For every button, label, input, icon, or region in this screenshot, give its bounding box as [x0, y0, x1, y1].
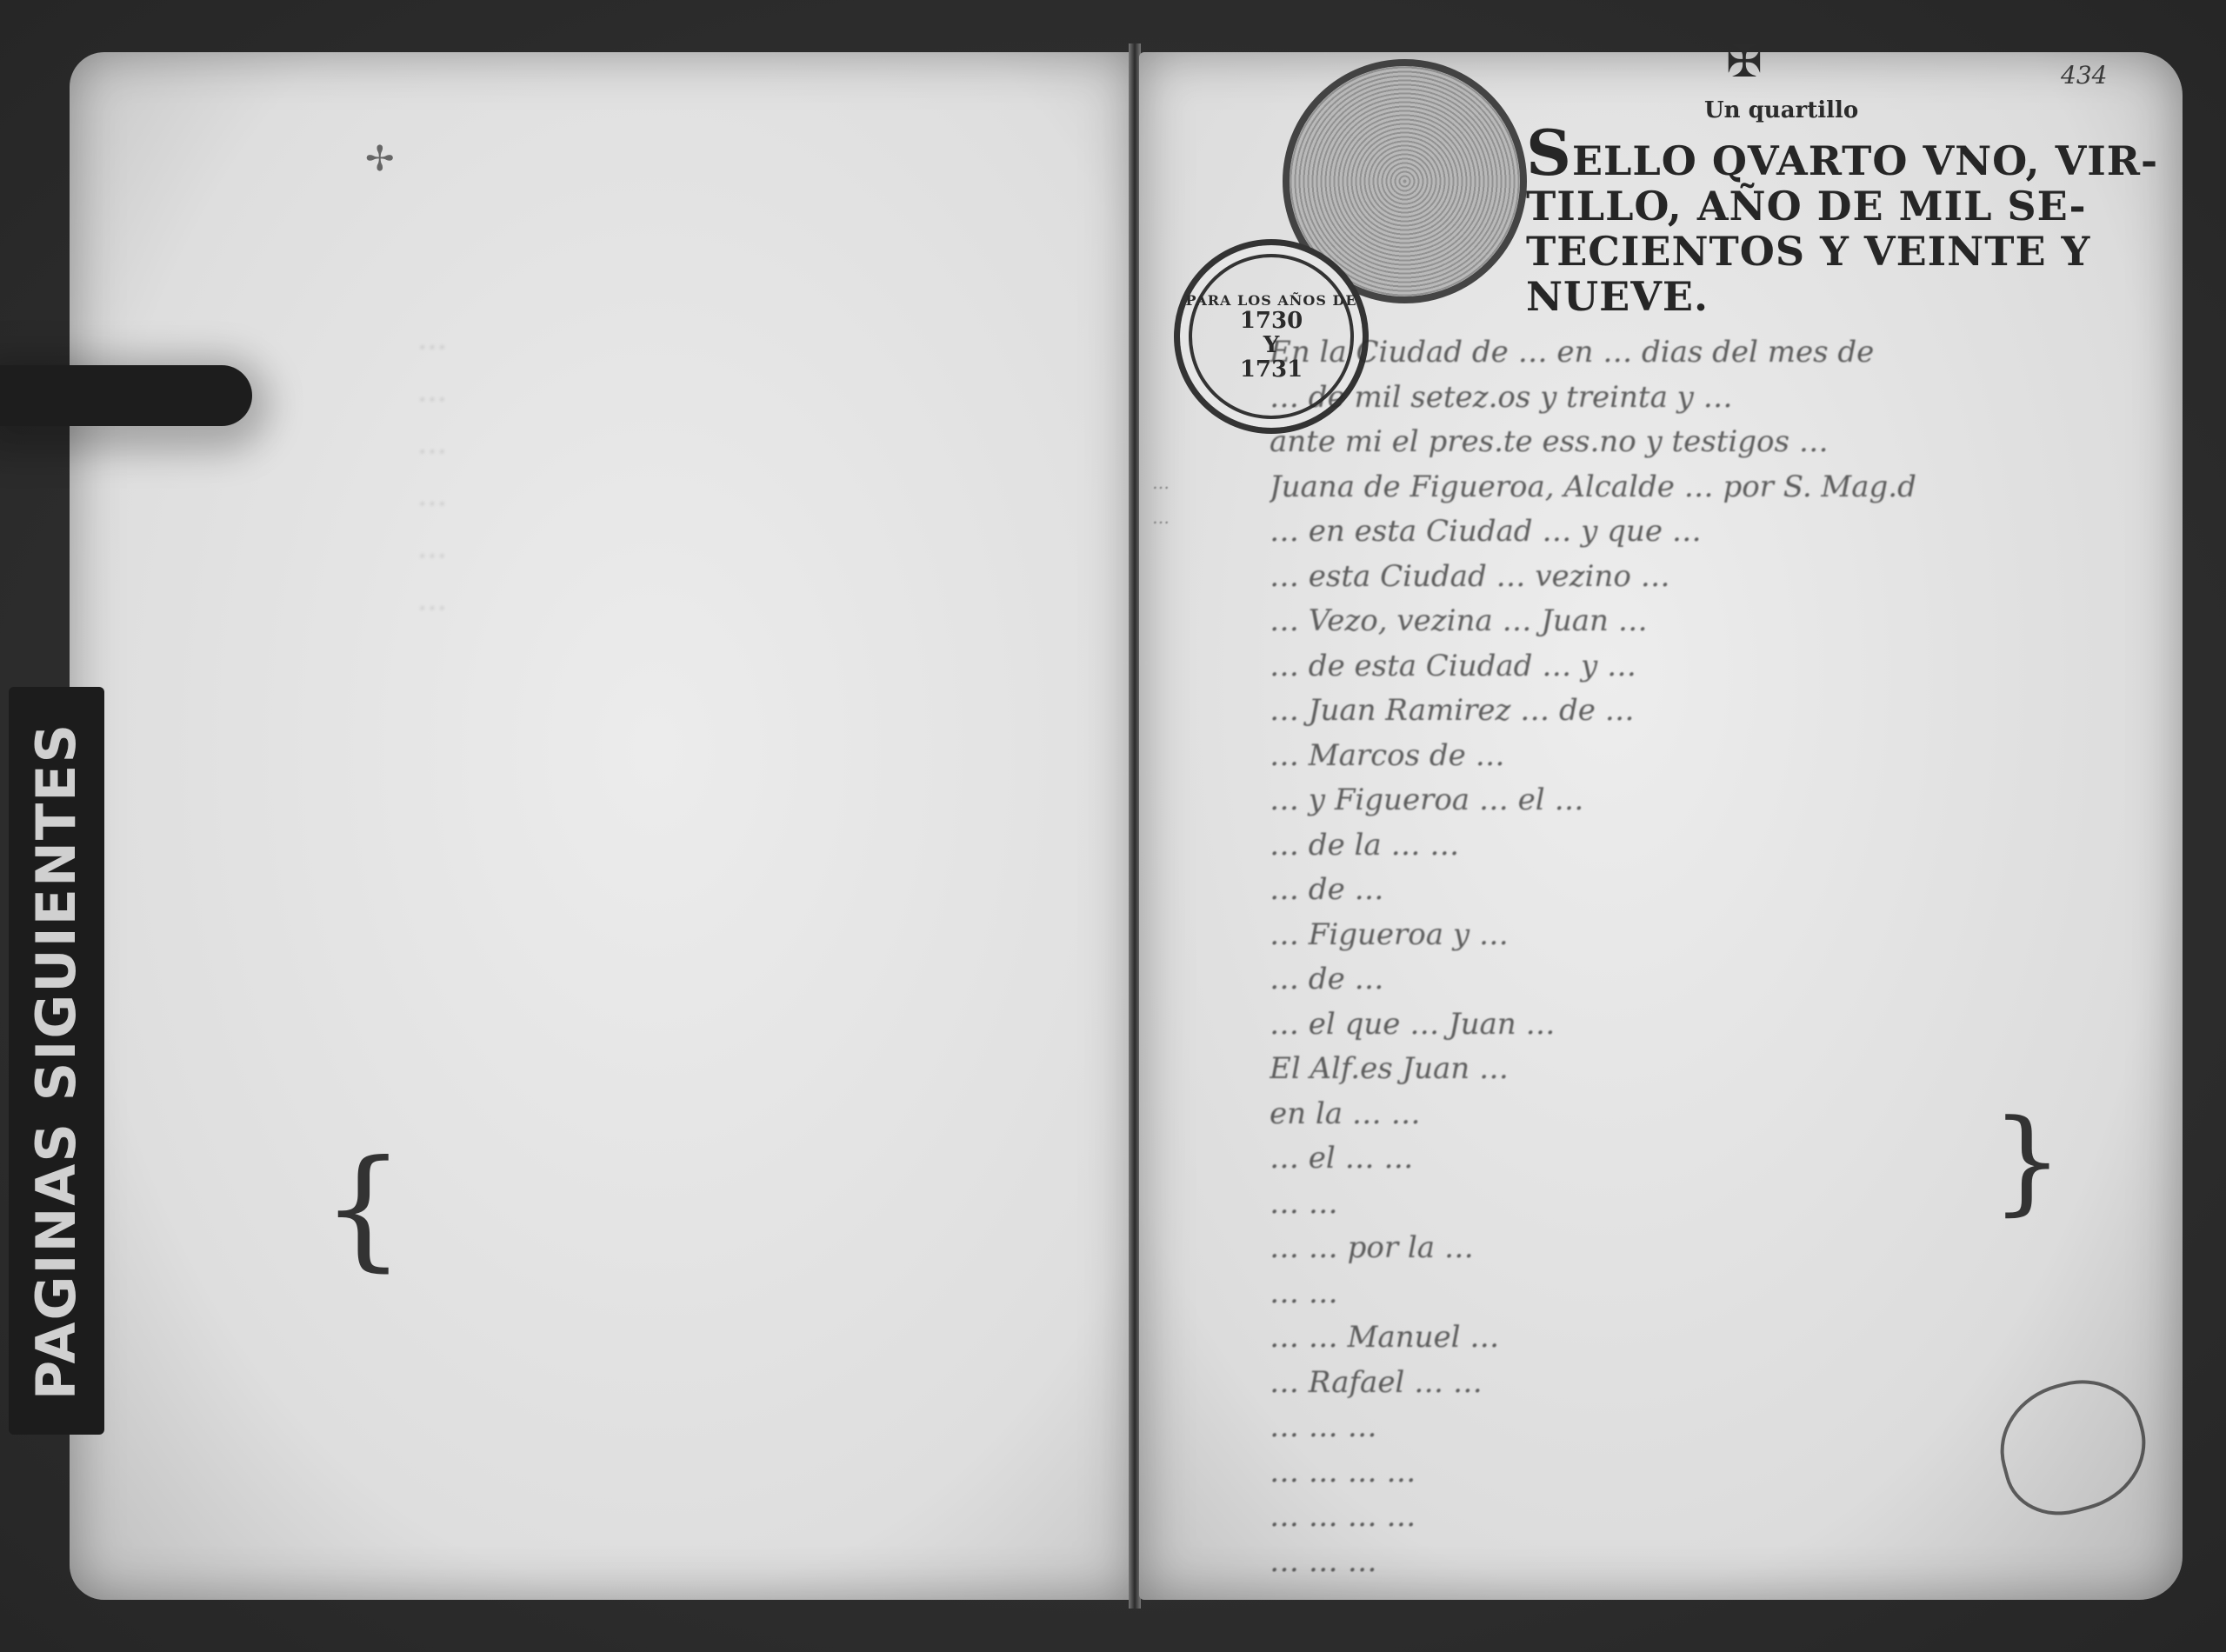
manuscript-line: … … — [1270, 1271, 2139, 1316]
manuscript-line: Juana de Figueroa, Alcalde … por S. Mag.… — [1270, 465, 2139, 510]
manuscript-line: … el que … Juan … — [1270, 1003, 2139, 1048]
manuscript-line: … de mil setez.os y treinta y … — [1270, 376, 2139, 421]
manuscript-line: … Juan Ramirez … de … — [1270, 689, 2139, 734]
page-clip — [0, 365, 252, 426]
manuscript-line: … en esta Ciudad … y que … — [1270, 510, 2139, 555]
manuscript-line: … de la … … — [1270, 823, 2139, 869]
seal-year-1: 1730 — [1240, 309, 1303, 333]
manuscript-line: … Vezo, vezina … Juan … — [1270, 599, 2139, 644]
manuscript-line: … … … — [1270, 1540, 2139, 1585]
spine-label: PAGINAS SIGUIENTES — [9, 687, 104, 1435]
margin-note: … … — [1152, 465, 1283, 535]
stamp-value: Un quartillo — [1704, 97, 1858, 123]
margin-note-line: … — [1152, 472, 1170, 493]
manuscript-line: … de … — [1270, 868, 2139, 913]
scan-background: ✢ … … … … … … { PAGINAS SIGUIENTES ✠ Un … — [0, 0, 2226, 1652]
header-line: SELLO QVARTO VNO, VIR- — [1526, 130, 2152, 183]
bleed-through-text: … … … … … … — [417, 313, 1113, 626]
manuscript-line: … Rafael … … — [1270, 1361, 2139, 1406]
bleed-line: … — [417, 574, 1113, 626]
manuscript-line: … Marcos de … — [1270, 734, 2139, 779]
margin-note-line: … — [1152, 507, 1170, 528]
corner-mark: ✢ — [365, 139, 395, 179]
stamped-paper-header: SELLO QVARTO VNO, VIR- TILLO, AÑO DE MIL… — [1526, 130, 2152, 319]
manuscript-body: En la Ciudad de … en … dias del mes de …… — [1270, 330, 2139, 1584]
bleed-line: … — [417, 365, 1113, 417]
manuscript-line: … de esta Ciudad … y … — [1270, 644, 2139, 689]
manuscript-line: ante mi el pres.te ess.no y testigos … — [1270, 420, 2139, 465]
manuscript-line: … de … — [1270, 957, 2139, 1003]
folio-number: 434 — [2061, 61, 2107, 90]
cross-icon: ✠ — [1726, 37, 1763, 87]
manuscript-line: … … Manuel … — [1270, 1316, 2139, 1361]
bleed-line: … — [417, 470, 1113, 522]
bleed-line: … — [417, 417, 1113, 470]
header-line: TECIENTOS Y VEINTE Y — [1526, 229, 2152, 274]
manuscript-line: … … … … — [1270, 1495, 2139, 1540]
manuscript-line: En la Ciudad de … en … dias del mes de — [1270, 330, 2139, 376]
header-line: TILLO, AÑO DE MIL SE- — [1526, 183, 2152, 229]
manuscript-line: El Alf.es Juan … — [1270, 1047, 2139, 1092]
manuscript-line: … y Figueroa … el … — [1270, 778, 2139, 823]
manuscript-line: … … por la … — [1270, 1226, 2139, 1271]
bleed-line: … — [417, 313, 1113, 365]
header-line: NUEVE. — [1526, 274, 2152, 319]
left-page: ✢ … … … … … … { — [70, 52, 1135, 1600]
spine-label-text: PAGINAS SIGUIENTES — [25, 722, 89, 1399]
manuscript-line: … Figueroa y … — [1270, 913, 2139, 958]
seal-ring-text: PARA LOS AÑOS DE — [1185, 292, 1356, 309]
bracket-mark-icon: { — [322, 1143, 404, 1274]
manuscript-line: … esta Ciudad … vezino … — [1270, 555, 2139, 600]
bracket-mark-icon: } — [1991, 1104, 2063, 1217]
bleed-line: … — [417, 522, 1113, 574]
